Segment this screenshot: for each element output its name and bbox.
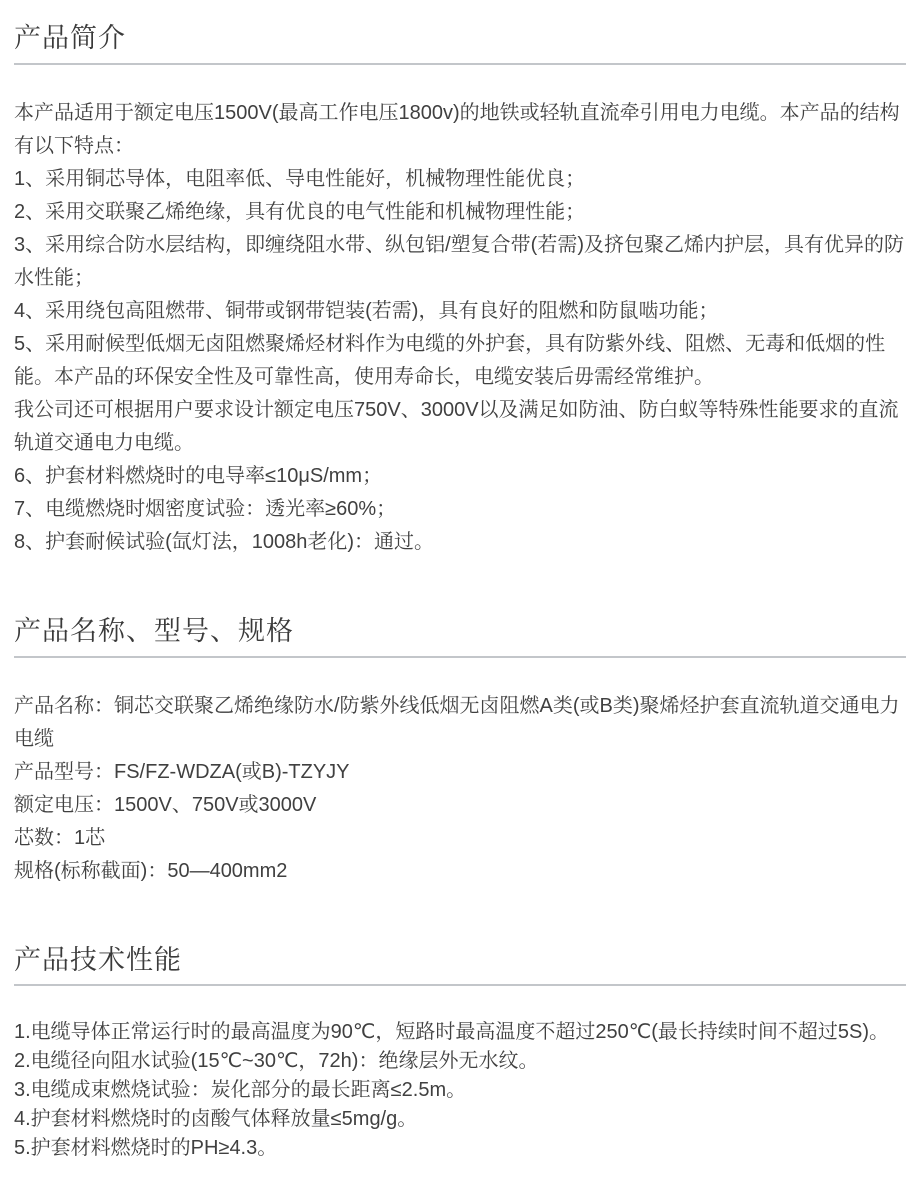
rated-voltage-row: 额定电压：1500V、750V或3000V bbox=[14, 789, 906, 822]
feature-item-3: 3、采用综合防水层结构，即缠绕阻水带、纵包铝/塑复合带(若需)及挤包聚乙烯内护层… bbox=[14, 229, 906, 295]
feature-item-8: 8、护套耐候试验(氙灯法，1008h老化)：通过。 bbox=[14, 526, 906, 559]
feature-item-2: 2、采用交联聚乙烯绝缘，具有优良的电气性能和机械物理性能； bbox=[14, 196, 906, 229]
section-divider bbox=[14, 656, 906, 658]
section-body-intro: 本产品适用于额定电压1500V(最高工作电压1800v)的地铁或轻轨直流牵引用电… bbox=[14, 97, 906, 559]
section-technical-performance: 产品技术性能 1.电缆导体正常运行时的最高温度为90℃，短路时最高温度不超过25… bbox=[14, 944, 906, 1164]
section-name-model-spec: 产品名称、型号、规格 产品名称：铜芯交联聚乙烯绝缘防水/防紫外线低烟无卤阻燃A类… bbox=[14, 615, 906, 888]
tech-item-1: 1.电缆导体正常运行时的最高温度为90℃，短路时最高温度不超过250℃(最长持续… bbox=[14, 1018, 906, 1047]
section-divider bbox=[14, 984, 906, 986]
feature-item-6: 6、护套材料燃烧时的电导率≤10μS/mm； bbox=[14, 460, 906, 493]
feature-item-1: 1、采用铜芯导体，电阻率低、导电性能好，机械物理性能优良； bbox=[14, 163, 906, 196]
tech-item-4: 4.护套材料燃烧时的卤酸气体释放量≤5mg/g。 bbox=[14, 1105, 906, 1134]
product-model-row: 产品型号：FS/FZ-WDZA(或B)-TZYJY bbox=[14, 756, 906, 789]
section-body-name-model-spec: 产品名称：铜芯交联聚乙烯绝缘防水/防紫外线低烟无卤阻燃A类(或B类)聚烯烃护套直… bbox=[14, 690, 906, 888]
product-name-row: 产品名称：铜芯交联聚乙烯绝缘防水/防紫外线低烟无卤阻燃A类(或B类)聚烯烃护套直… bbox=[14, 690, 906, 756]
feature-item-4: 4、采用绕包高阻燃带、铜带或钢带铠装(若需)，具有良好的阻燃和防鼠啮功能； bbox=[14, 295, 906, 328]
section-title-name-model-spec: 产品名称、型号、规格 bbox=[14, 615, 906, 656]
section-body-technical-performance: 1.电缆导体正常运行时的最高温度为90℃，短路时最高温度不超过250℃(最长持续… bbox=[14, 1018, 906, 1163]
intro-paragraph: 本产品适用于额定电压1500V(最高工作电压1800v)的地铁或轻轨直流牵引用电… bbox=[14, 97, 906, 163]
tech-item-3: 3.电缆成束燃烧试验：炭化部分的最长距离≤2.5m。 bbox=[14, 1076, 906, 1105]
section-title-intro: 产品简介 bbox=[14, 22, 906, 63]
custom-design-note: 我公司还可根据用户要求设计额定电压750V、3000V以及满足如防油、防白蚁等特… bbox=[14, 394, 906, 460]
product-detail-page: 产品简介 本产品适用于额定电压1500V(最高工作电压1800v)的地铁或轻轨直… bbox=[0, 0, 920, 1183]
spec-cross-section-row: 规格(标称截面)：50—400mm2 bbox=[14, 855, 906, 888]
core-count-row: 芯数：1芯 bbox=[14, 822, 906, 855]
tech-item-5: 5.护套材料燃烧时的PH≥4.3。 bbox=[14, 1134, 906, 1163]
feature-item-7: 7、电缆燃烧时烟密度试验：透光率≥60%； bbox=[14, 493, 906, 526]
section-product-intro: 产品简介 本产品适用于额定电压1500V(最高工作电压1800v)的地铁或轻轨直… bbox=[14, 22, 906, 559]
tech-item-2: 2.电缆径向阻水试验(15℃~30℃，72h)：绝缘层外无水纹。 bbox=[14, 1047, 906, 1076]
section-title-technical-performance: 产品技术性能 bbox=[14, 944, 906, 985]
feature-item-5: 5、采用耐候型低烟无卤阻燃聚烯烃材料作为电缆的外护套，具有防紫外线、阻燃、无毒和… bbox=[14, 328, 906, 394]
section-divider bbox=[14, 63, 906, 65]
